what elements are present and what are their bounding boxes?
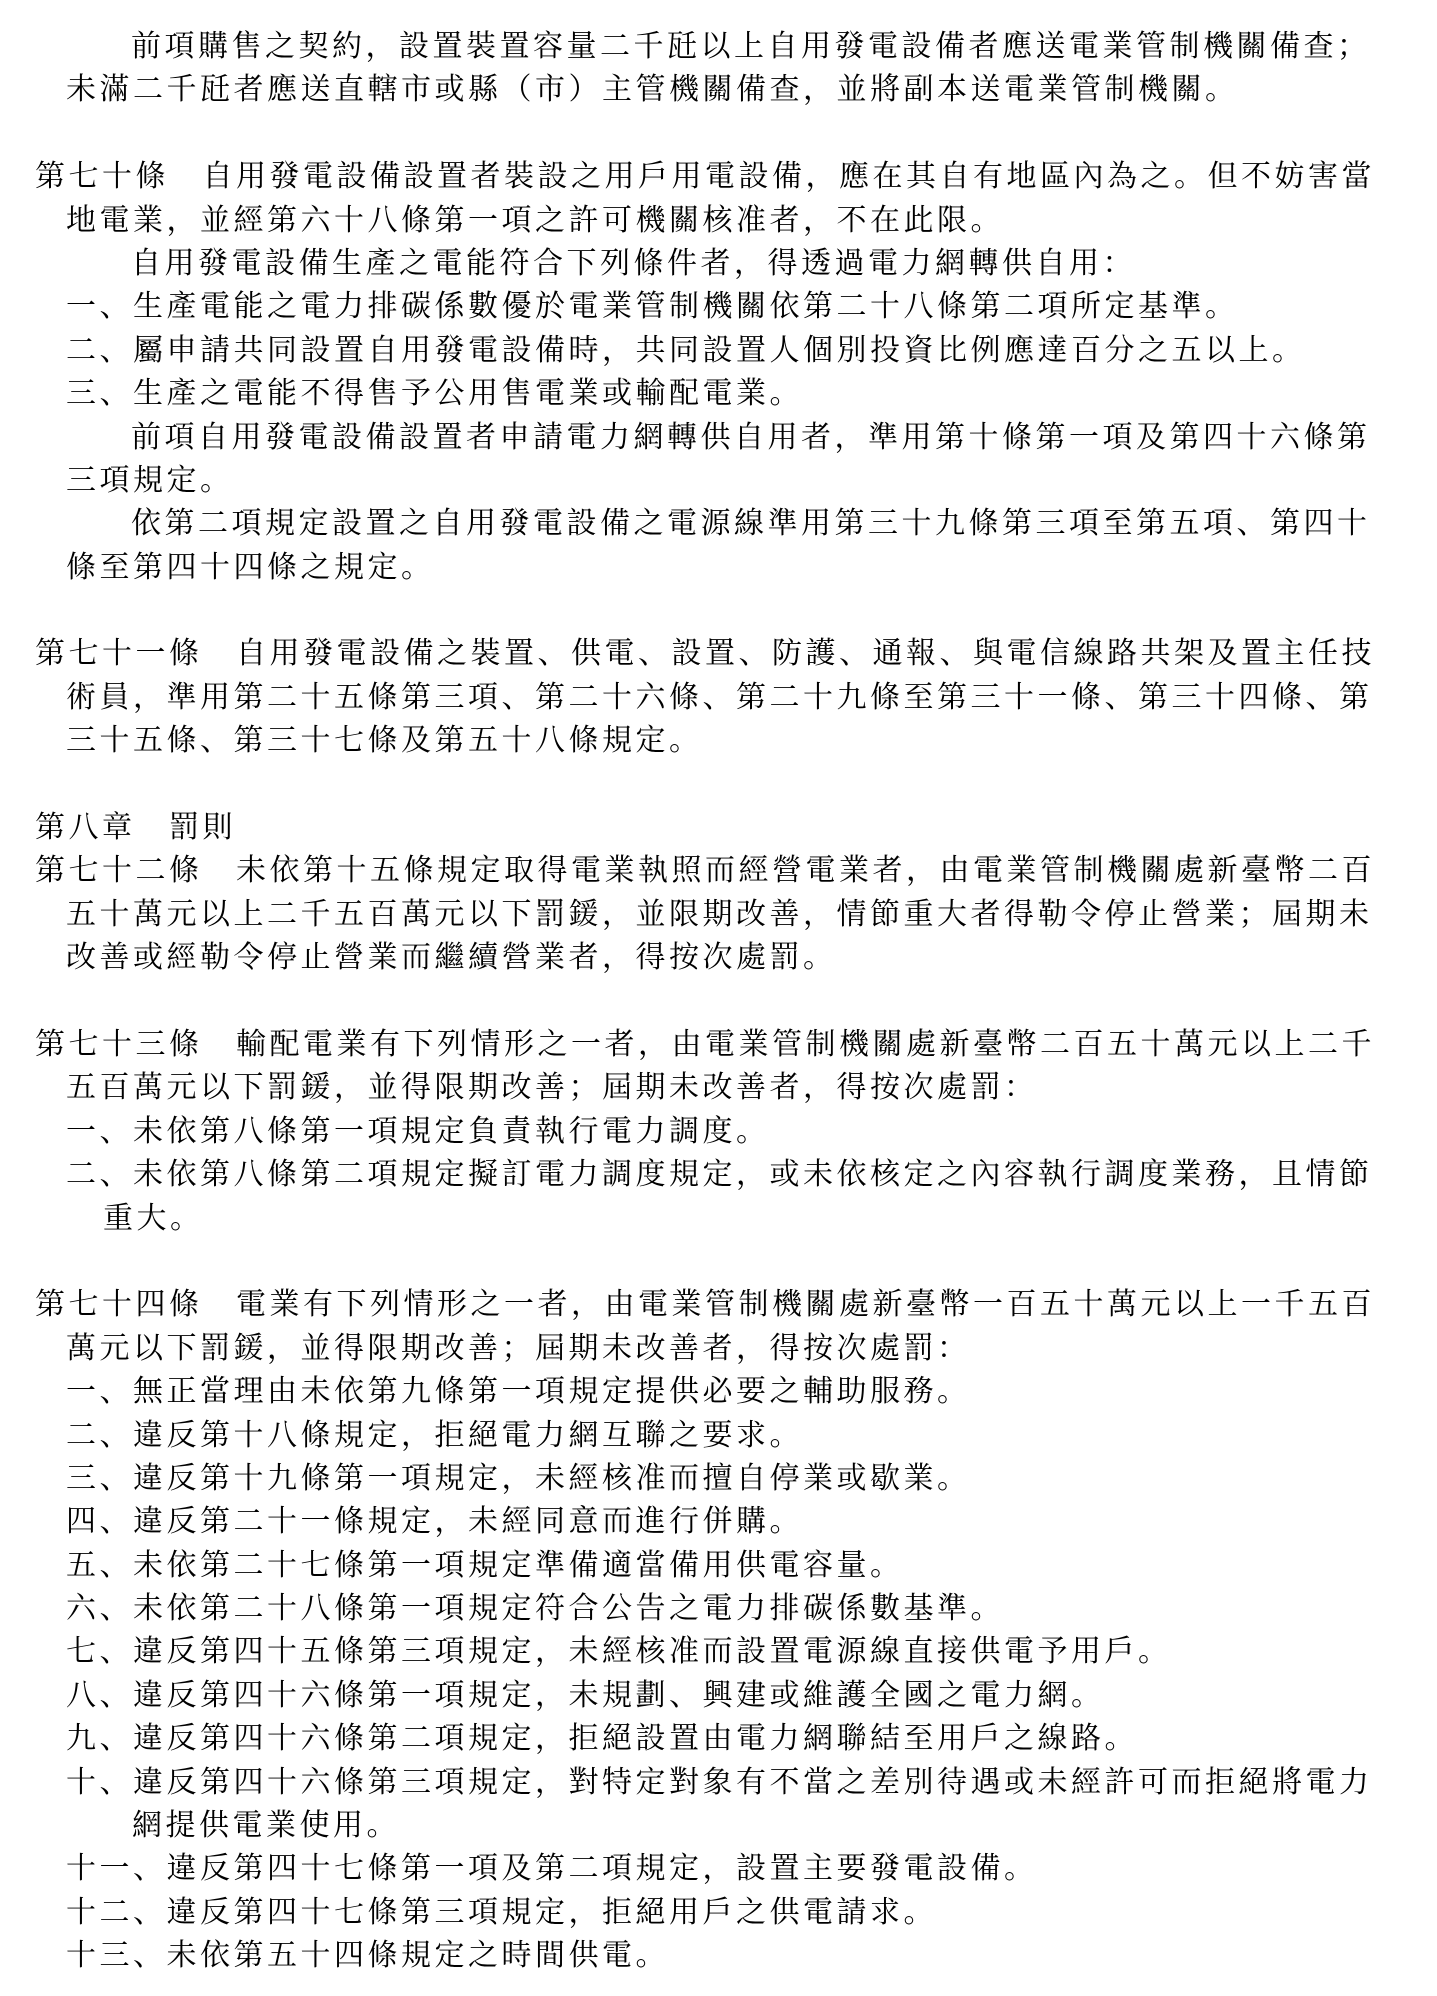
text-line: 網提供電業使用。 <box>0 1804 1437 1847</box>
text-line: 十三、未依第五十四條規定之時間供電。 <box>0 1934 1437 1977</box>
text-line: 第七十一條 自用發電設備之裝置、供電、設置、防護、通報、與電信線路共架及置主任技 <box>0 632 1437 675</box>
text-line: 依第二項規定設置之自用發電設備之電源線準用第三十九條第三項至第五項、第四十 <box>0 502 1437 545</box>
text-line: 第七十四條 電業有下列情形之一者，由電業管制機關處新臺幣一百五十萬元以上一千五百 <box>0 1283 1437 1326</box>
text-line: 十、違反第四十六條第三項規定，對特定對象有不當之差別待遇或未經許可而拒絕將電力 <box>0 1761 1437 1804</box>
text-line: 第七十條 自用發電設備設置者裝設之用戶用電設備，應在其自有地區內為之。但不妨害當 <box>0 155 1437 198</box>
text-line: 二、屬申請共同設置自用發電設備時，共同設置人個別投資比例應達百分之五以上。 <box>0 329 1437 372</box>
blank-line <box>0 112 1437 155</box>
text-line: 六、未依第二十八條第一項規定符合公告之電力排碳係數基準。 <box>0 1587 1437 1630</box>
text-line: 五十萬元以上二千五百萬元以下罰鍰，並限期改善，情節重大者得勒令停止營業；屆期未 <box>0 893 1437 936</box>
text-line: 第七十三條 輸配電業有下列情形之一者，由電業管制機關處新臺幣二百五十萬元以上二千 <box>0 1023 1437 1066</box>
text-line: 三十五條、第三十七條及第五十八條規定。 <box>0 719 1437 762</box>
text-line: 三、違反第十九條第一項規定，未經核准而擅自停業或歇業。 <box>0 1457 1437 1500</box>
text-line: 三、生產之電能不得售予公用售電業或輸配電業。 <box>0 372 1437 415</box>
text-line: 九、違反第四十六條第二項規定，拒絕設置由電力網聯結至用戶之線路。 <box>0 1717 1437 1760</box>
text-line: 地電業，並經第六十八條第一項之許可機關核准者，不在此限。 <box>0 199 1437 242</box>
text-line: 一、無正當理由未依第九條第一項規定提供必要之輔助服務。 <box>0 1370 1437 1413</box>
blank-line <box>0 763 1437 806</box>
text-line: 二、未依第八條第二項規定擬訂電力調度規定，或未依核定之內容執行調度業務，且情節 <box>0 1153 1437 1196</box>
text-line: 二、違反第十八條規定，拒絕電力網互聯之要求。 <box>0 1414 1437 1457</box>
text-line: 第七十二條 未依第十五條規定取得電業執照而經營電業者，由電業管制機關處新臺幣二百 <box>0 849 1437 892</box>
text-line: 前項購售之契約，設置裝置容量二千瓩以上自用發電設備者應送電業管制機關備查； <box>0 25 1437 68</box>
text-line: 萬元以下罰鍰，並得限期改善；屆期未改善者，得按次處罰： <box>0 1327 1437 1370</box>
text-line: 重大。 <box>0 1197 1437 1240</box>
text-line: 五百萬元以下罰鍰，並得限期改善；屆期未改善者，得按次處罰： <box>0 1066 1437 1109</box>
text-line: 五、未依第二十七條第一項規定準備適當備用供電容量。 <box>0 1544 1437 1587</box>
text-line: 自用發電設備生產之電能符合下列條件者，得透過電力網轉供自用： <box>0 242 1437 285</box>
blank-line <box>0 1240 1437 1283</box>
text-line: 四、違反第二十一條規定，未經同意而進行併購。 <box>0 1500 1437 1543</box>
document-page: 前項購售之契約，設置裝置容量二千瓩以上自用發電設備者應送電業管制機關備查；未滿二… <box>0 0 1437 1996</box>
blank-line <box>0 589 1437 632</box>
text-line: 八、違反第四十六條第一項規定，未規劃、興建或維護全國之電力網。 <box>0 1674 1437 1717</box>
text-line: 術員，準用第二十五條第三項、第二十六條、第二十九條至第三十一條、第三十四條、第 <box>0 676 1437 719</box>
text-line: 前項自用發電設備設置者申請電力網轉供自用者，準用第十條第一項及第四十六條第 <box>0 416 1437 459</box>
text-line: 未滿二千瓩者應送直轄市或縣（市）主管機關備查，並將副本送電業管制機關。 <box>0 68 1437 111</box>
text-line: 條至第四十四條之規定。 <box>0 546 1437 589</box>
text-line: 三項規定。 <box>0 459 1437 502</box>
text-line: 十二、違反第四十七條第三項規定，拒絕用戶之供電請求。 <box>0 1891 1437 1934</box>
text-line: 一、未依第八條第一項規定負責執行電力調度。 <box>0 1110 1437 1153</box>
text-line: 七、違反第四十五條第三項規定，未經核准而設置電源線直接供電予用戶。 <box>0 1630 1437 1673</box>
text-line: 第八章 罰則 <box>0 806 1437 849</box>
text-line: 一、生產電能之電力排碳係數優於電業管制機關依第二十八條第二項所定基準。 <box>0 285 1437 328</box>
blank-line <box>0 980 1437 1023</box>
document-body: 前項購售之契約，設置裝置容量二千瓩以上自用發電設備者應送電業管制機關備查；未滿二… <box>0 25 1437 1978</box>
text-line: 改善或經勒令停止營業而繼續營業者，得按次處罰。 <box>0 936 1437 979</box>
text-line: 十一、違反第四十七條第一項及第二項規定，設置主要發電設備。 <box>0 1847 1437 1890</box>
